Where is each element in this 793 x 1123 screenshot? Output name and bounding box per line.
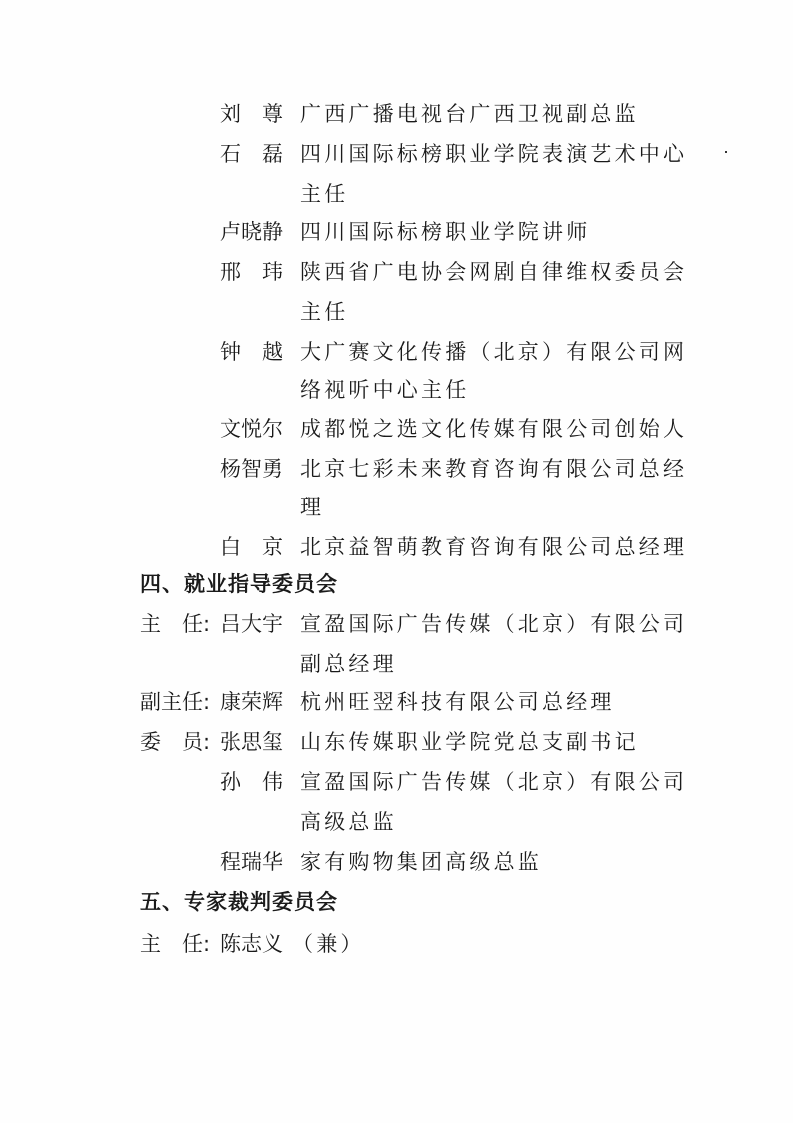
- member-title: 宣盈国际广告传媒（北京）有限公司: [300, 766, 687, 796]
- member-name: 程瑞华: [220, 846, 300, 876]
- member-name: 孙 伟: [220, 766, 300, 796]
- member-name: 刘 尊: [220, 98, 300, 128]
- member-title: 四川国际标榜职业学院讲师: [300, 216, 590, 246]
- member-name: 钟 越: [220, 336, 300, 366]
- member-name: 白 京: [220, 531, 300, 561]
- member-name: 杨智勇: [220, 453, 300, 483]
- member-title: 宣盈国际广告传媒（北京）有限公司: [300, 608, 687, 638]
- member-name: 吕大宇: [220, 608, 300, 638]
- member-title-cont: 副总经理: [300, 648, 397, 678]
- member-name: 陈志义: [220, 928, 300, 958]
- member-title: 山东传媒职业学院党总支副书记: [300, 726, 639, 756]
- document-page: 刘 尊 广西广播电视台广西卫视副总监 石 磊 四川国际标榜职业学院表演艺术中心 …: [0, 0, 793, 1123]
- member-title: 四川国际标榜职业学院表演艺术中心: [300, 138, 687, 168]
- member-title: 北京益智萌教育咨询有限公司总经理: [300, 531, 687, 561]
- member-name: 邢 玮: [220, 256, 300, 286]
- role-label: 委 员:: [140, 726, 210, 756]
- member-name: 康荣辉: [220, 686, 300, 716]
- member-title-cont: 主任: [300, 178, 348, 208]
- member-title: 陕西省广电协会网剧自律维权委员会: [300, 256, 687, 286]
- member-name: 卢晓静: [220, 216, 300, 246]
- member-title: 杭州旺翌科技有限公司总经理: [300, 686, 615, 716]
- section-heading: 四、就业指导委员会: [140, 568, 338, 598]
- member-name: 石 磊: [220, 138, 300, 168]
- member-title-cont: 理: [300, 491, 324, 521]
- member-title-cont: 高级总监: [300, 806, 397, 836]
- member-title: 成都悦之选文化传媒有限公司创始人: [300, 413, 687, 443]
- role-label: 主 任:: [140, 608, 210, 638]
- member-name: 文悦尔: [220, 413, 300, 443]
- role-label: 主 任:: [140, 928, 210, 958]
- member-title: 大广赛文化传播（北京）有限公司网: [300, 336, 687, 366]
- member-title-cont: 络视听中心主任: [300, 374, 469, 404]
- role-label: 副主任:: [140, 686, 210, 716]
- member-note: （兼）: [292, 928, 365, 958]
- member-name: 张思玺: [220, 726, 300, 756]
- member-title: 家有购物集团高级总监: [300, 846, 542, 876]
- member-title: 广西广播电视台广西卫视副总监: [300, 98, 639, 128]
- scan-artifact-dot: [725, 151, 727, 153]
- member-title-cont: 主任: [300, 296, 348, 326]
- member-title: 北京七彩未来教育咨询有限公司总经: [300, 453, 687, 483]
- section-heading: 五、专家裁判委员会: [140, 886, 338, 916]
